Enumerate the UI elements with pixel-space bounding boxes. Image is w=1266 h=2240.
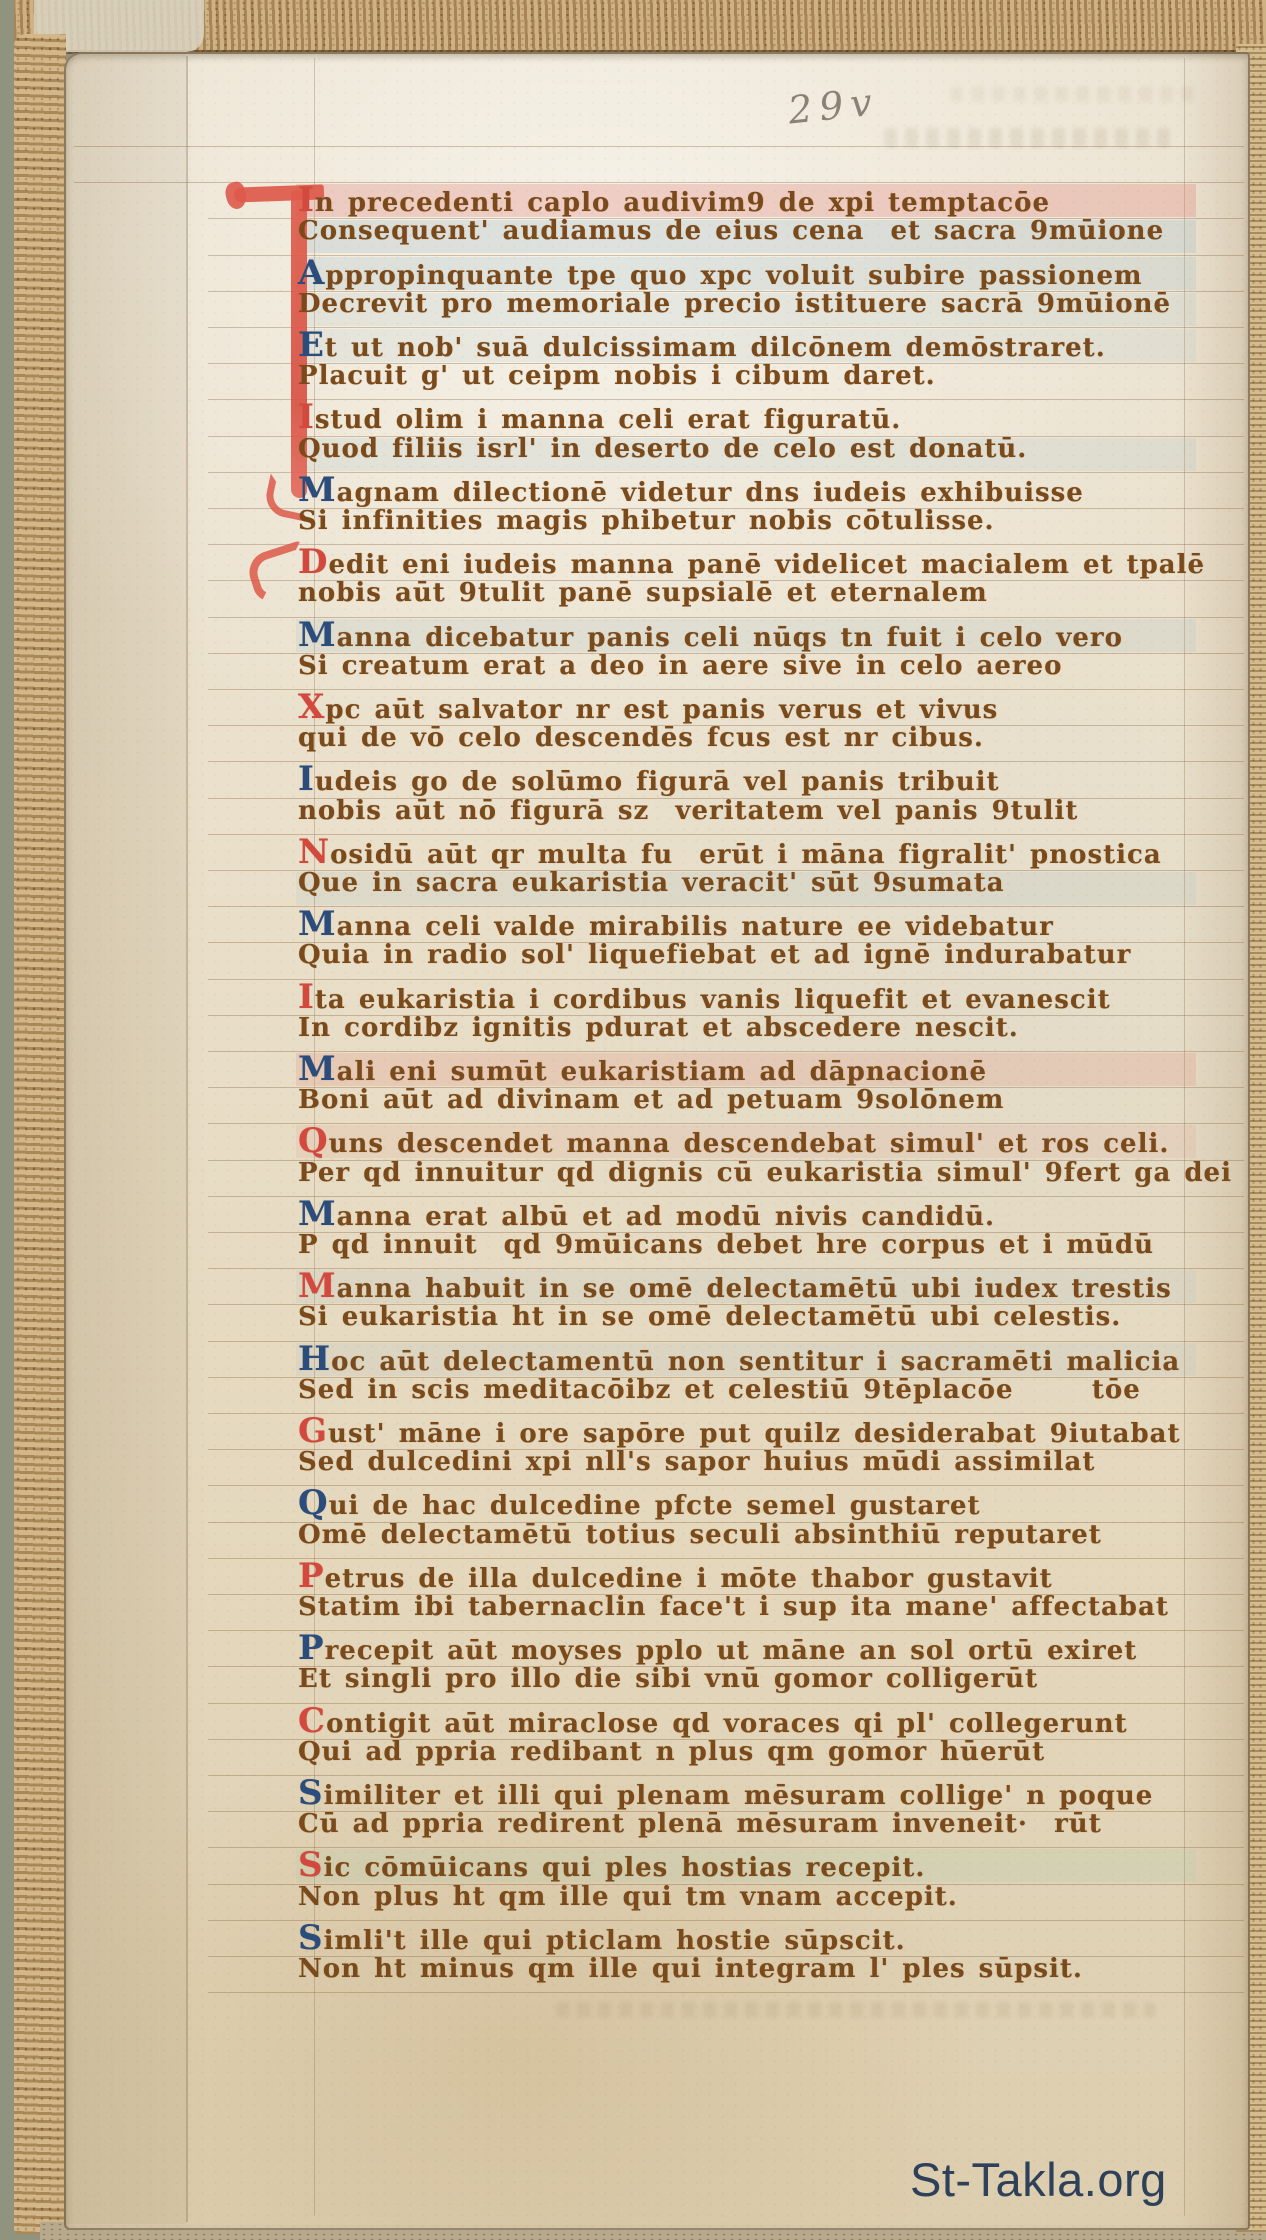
line-text: ppropinquante tpe quo xpc voluit subire … — [325, 261, 1142, 291]
line-text: ontigit aūt miraclose qd voraces qi pl' … — [326, 1709, 1128, 1739]
manuscript-line: Boni aūt ad divinam et ad petuam 9solōne… — [298, 1085, 1004, 1122]
line-initial: I — [298, 759, 315, 799]
line-initial: S — [298, 1845, 324, 1885]
line-initial: M — [298, 1266, 337, 1306]
ink-showthrough — [556, 2002, 1156, 2017]
manuscript-line: nobis aūt nō figurā sz veritatem vel pan… — [298, 796, 1078, 833]
manuscript-line: Nosidū aūt qr multa fu erūt i māna figra… — [298, 832, 1162, 869]
line-initial: M — [298, 904, 337, 944]
manuscript-line: P qd innuit qd 9mūicans debet hre corpus… — [298, 1230, 1154, 1267]
line-text: n cordibz ignitis pdurat et abscedere ne… — [311, 1013, 1019, 1043]
line-text: recepit aūt moyses pplo ut māne an sol o… — [325, 1636, 1138, 1666]
line-text: ic cōmūicans qui ples hostias recepit. — [324, 1853, 926, 1883]
manuscript-line: Manna erat albū et ad modū nivis candidū… — [298, 1194, 995, 1231]
line-initial: D — [298, 542, 328, 582]
line-text: udeis go de solūmo figurā vel panis trib… — [315, 767, 1000, 797]
manuscript-line: Placuit g' ut ceipm nobis i cibum daret. — [298, 361, 936, 398]
manuscript-line: Sed dulcedini xpi nll's sapor huius mūdi… — [298, 1447, 1095, 1484]
manuscript-line: Manna habuit in se omē delectamētū ubi i… — [298, 1266, 1172, 1303]
line-initial: N — [298, 1882, 323, 1912]
manuscript-line: Quns descendet manna descendebat simul' … — [298, 1121, 1169, 1158]
manuscript-line: Et ut nob' suā dulcissimam dilcōnem demō… — [298, 325, 1106, 362]
line-text: t singli pro illo die sibi vnū gomor col… — [319, 1664, 1038, 1694]
line-initial: Q — [298, 434, 322, 464]
line-text: obis aūt nō figurā sz veritatem vel pani… — [318, 796, 1078, 826]
line-text: i infinities magis phibetur nobis cōtuli… — [318, 506, 995, 536]
line-text: tatim ibi tabernaclin face't i sup ita m… — [318, 1592, 1169, 1622]
line-initial: N — [298, 1954, 323, 1984]
manuscript-line: Per qd innuitur qd dignis cū eukaristia … — [298, 1158, 1232, 1195]
line-initial: Q — [298, 940, 322, 970]
manuscript-line: Si creatum erat a deo in aere sive in ce… — [298, 651, 1062, 688]
manuscript-line: nobis aūt 9tulit panē supsialē et eterna… — [298, 578, 988, 615]
line-text: i eukaristia ht in se omē delectamētū ub… — [318, 1302, 1122, 1332]
line-initial: M — [298, 615, 337, 655]
line-text: uns descendet manna descendebat simul' e… — [329, 1129, 1170, 1159]
line-text: ust' māne i ore sapōre put quilz desider… — [328, 1419, 1180, 1449]
line-initial: q — [298, 723, 317, 753]
line-text: ta eukaristia i cordibus vanis liquefit … — [315, 985, 1111, 1015]
line-text: ū ad ppria redirent plenā mēsuram invene… — [320, 1809, 1102, 1839]
line-text: uod filiis isrl' in deserto de celo est … — [322, 434, 1028, 464]
line-text: oni aūt ad divinam et ad petuam 9solōnem — [321, 1085, 1004, 1115]
line-initial: Q — [298, 1121, 329, 1161]
manuscript-line: Precepit aūt moyses pplo ut māne an sol … — [298, 1628, 1137, 1665]
line-initial: n — [298, 796, 318, 826]
manuscript-line: Et singli pro illo die sibi vnū gomor co… — [298, 1664, 1038, 1701]
manuscript-line: Iudeis go de solūmo figurā vel panis tri… — [298, 759, 999, 796]
manuscript-line: Hoc aūt delectamentū non sentitur i sacr… — [298, 1339, 1180, 1376]
line-text: ue in sacra eukaristia veracit' sūt 9sum… — [322, 868, 1005, 898]
under-leaf-edge — [186, 56, 188, 2222]
manuscript-line: Magnam dilectionē videtur dns iudeis exh… — [298, 470, 1084, 507]
line-text: imli't ille qui pticlam hostie sūpscit. — [324, 1926, 906, 1956]
line-text: oc aūt delectamentū non sentitur i sacra… — [331, 1347, 1180, 1377]
manuscript-line: Qui de hac dulcedine pfcte semel gustare… — [298, 1483, 981, 1520]
line-initial: S — [298, 506, 318, 536]
line-text: t ut nob' suā dulcissimam dilcōnem demōs… — [325, 333, 1106, 363]
manuscript-line: qui de vō celo descendēs fcus est nr cib… — [298, 723, 984, 760]
line-text: obis aūt 9tulit panē supsialē et eternal… — [318, 578, 988, 608]
line-initial: Q — [298, 1737, 322, 1767]
line-initial: M — [298, 470, 337, 510]
line-initial: M — [298, 1194, 337, 1234]
manuscript-line: Non ht minus qm ille qui integram l' ple… — [298, 1954, 1083, 1991]
line-initial: S — [298, 1302, 318, 1332]
line-text: stud olim i manna celi erat figuratū. — [315, 405, 901, 435]
line-initial: E — [298, 1664, 319, 1694]
book-edge-left — [14, 34, 66, 2234]
manuscript-line: Cū ad ppria redirent plenā mēsuram inven… — [298, 1809, 1102, 1846]
line-initial: M — [298, 1049, 337, 1089]
line-initial: C — [298, 1701, 326, 1741]
line-initial: G — [298, 1411, 328, 1451]
line-text: etrus de illa dulcedine i mōte thabor gu… — [325, 1564, 1053, 1594]
manuscript-line: Similiter et illi qui plenam mēsuram col… — [298, 1773, 1153, 1810]
manuscript-line: Simli't ille qui pticlam hostie sūpscit. — [298, 1918, 906, 1955]
manuscript-line: Decrevit pro memoriale precio istituere … — [298, 289, 1171, 326]
line-initial: C — [298, 216, 320, 246]
line-text: ecrevit pro memoriale precio istituere s… — [322, 289, 1171, 319]
line-text: anna erat albū et ad modū nivis candidū. — [337, 1202, 995, 1232]
ruling-line — [208, 1992, 1244, 1993]
line-initial: S — [298, 1918, 324, 1958]
line-text: on plus ht qm ille qui tm vnam accepit. — [323, 1882, 958, 1912]
manuscript-line: Quod filiis isrl' in deserto de celo est… — [298, 434, 1027, 471]
manuscript-line: Qui ad ppria redibant n plus qm gomor hū… — [298, 1737, 1045, 1774]
line-text: agnam dilectionē videtur dns iudeis exhi… — [337, 478, 1084, 508]
manuscript-line: Que in sacra eukaristia veracit' sūt 9su… — [298, 868, 1005, 905]
line-initial: S — [298, 1592, 318, 1622]
line-text: ali eni sumūt eukaristiam ad dāpnacionē — [337, 1057, 987, 1087]
line-initial: S — [298, 1447, 318, 1477]
line-text: anna dicebatur panis celi nūqs tn fuit i… — [337, 623, 1123, 653]
line-text: ui de vō celo descendēs fcus est nr cibu… — [317, 723, 984, 753]
line-text: onsequent' audiamus de eius cena et sacr… — [320, 216, 1164, 246]
line-initial: H — [298, 1339, 331, 1379]
line-text: er qd innuitur qd dignis cū eukaristia s… — [318, 1158, 1232, 1188]
line-text: mē delectamētū totius seculi absinthiū r… — [322, 1520, 1102, 1550]
manuscript-line: Xpc aūt salvator nr est panis verus et v… — [298, 687, 998, 724]
manuscript-line: Gust' māne i ore sapōre put quilz deside… — [298, 1411, 1180, 1448]
line-text: ed dulcedini xpi nll's sapor huius mūdi … — [318, 1447, 1096, 1477]
manuscript-line: Istud olim i manna celi erat figuratū. — [298, 397, 901, 434]
manuscript-line: Petrus de illa dulcedine i mōte thabor g… — [298, 1556, 1053, 1593]
line-initial: I — [298, 397, 315, 437]
line-initial: P — [298, 361, 319, 391]
line-initial: A — [298, 253, 325, 293]
line-initial: Q — [298, 1483, 329, 1523]
folio-number: 29v — [786, 79, 881, 132]
line-text: ui ad ppria redibant n plus qm gomor hūe… — [322, 1737, 1045, 1767]
line-initial: I — [298, 977, 315, 1017]
line-text: on ht minus qm ille qui integram l' ples… — [323, 1954, 1083, 1984]
manuscript-line: Mali eni sumūt eukaristiam ad dāpnacionē — [298, 1049, 987, 1086]
line-initial: B — [298, 1085, 321, 1115]
manuscript-line: Contigit aūt miraclose qd voraces qi pl'… — [298, 1701, 1128, 1738]
gutter-shading — [66, 54, 186, 2224]
manuscript-line: Statim ibi tabernaclin face't i sup ita … — [298, 1592, 1169, 1629]
line-text: lacuit g' ut ceipm nobis i cibum daret. — [319, 361, 936, 391]
line-initial: P — [298, 1628, 325, 1668]
line-text: edit eni iudeis manna panē videlicet mac… — [328, 550, 1205, 580]
manuscript-line: In precedenti caplo audivim9 de xpi temp… — [298, 180, 1050, 217]
line-text: n precedenti caplo audivim9 de xpi tempt… — [315, 188, 1050, 218]
line-initial: P — [298, 1158, 318, 1188]
line-text: ui de hac dulcedine pfcte semel gustaret — [329, 1491, 981, 1521]
line-initial: P — [298, 1556, 325, 1596]
manuscript-photo: In precedenti caplo audivim9 de xpi temp… — [0, 0, 1266, 2240]
manuscript-line: Manna dicebatur panis celi nūqs tn fuit … — [298, 615, 1123, 652]
manuscript-line: Quia in radio sol' liquefiebat et ad ign… — [298, 940, 1131, 977]
line-text: qd innuit qd 9mūicans debet hre corpus e… — [319, 1230, 1154, 1260]
manuscript-line: Consequent' audiamus de eius cena et sac… — [298, 216, 1164, 253]
line-text: imiliter et illi qui plenam mēsuram coll… — [324, 1781, 1154, 1811]
line-initial: O — [298, 1520, 322, 1550]
manuscript-line: Sic cōmūicans qui ples hostias recepit. — [298, 1845, 925, 1882]
line-text: ed in scis meditacōibz et celestiū 9tēpl… — [318, 1375, 1141, 1405]
line-initial: E — [298, 325, 325, 365]
line-initial: X — [298, 687, 325, 727]
line-initial: S — [298, 651, 318, 681]
line-initial: Q — [298, 868, 322, 898]
line-initial: n — [298, 578, 318, 608]
line-initial: I — [298, 180, 315, 220]
watermark: St-Takla.org — [910, 2152, 1167, 2207]
line-text: uia in radio sol' liquefiebat et ad ignē… — [322, 940, 1132, 970]
ink-showthrough — [884, 128, 1174, 148]
line-initial: I — [298, 1013, 311, 1043]
manuscript-line: Si eukaristia ht in se omē delectamētū u… — [298, 1302, 1121, 1339]
line-text: osidū aūt qr multa fu erūt i māna figral… — [330, 840, 1162, 870]
manuscript-line: Manna celi valde mirabilis nature ee vid… — [298, 904, 1054, 941]
line-initial: C — [298, 1809, 320, 1839]
line-initial: S — [298, 1375, 318, 1405]
line-text: i creatum erat a deo in aere sive in cel… — [318, 651, 1063, 681]
manuscript-line: In cordibz ignitis pdurat et abscedere n… — [298, 1013, 1019, 1050]
line-text: anna habuit in se omē delectamētū ubi iu… — [337, 1274, 1172, 1304]
manuscript-line: Appropinquante tpe quo xpc voluit subire… — [298, 253, 1143, 290]
manuscript-line: Non plus ht qm ille qui tm vnam accepit. — [298, 1882, 958, 1919]
manuscript-line: Sed in scis meditacōibz et celestiū 9tēp… — [298, 1375, 1141, 1412]
manuscript-line: Omē delectamētū totius seculi absinthiū … — [298, 1520, 1102, 1557]
ink-showthrough — [950, 86, 1200, 102]
line-initial: S — [298, 1773, 324, 1813]
line-text: anna celi valde mirabilis nature ee vide… — [337, 912, 1054, 942]
manuscript-line: Ita eukaristia i cordibus vanis liquefit… — [298, 977, 1111, 1014]
manuscript-line: Dedit eni iudeis manna panē videlicet ma… — [298, 542, 1205, 579]
manuscript-line: Si infinities magis phibetur nobis cōtul… — [298, 506, 995, 543]
line-initial: N — [298, 832, 330, 872]
line-initial: P — [298, 1230, 319, 1260]
line-initial: D — [298, 289, 322, 319]
line-text: pc aūt salvator nr est panis verus et vi… — [325, 695, 998, 725]
